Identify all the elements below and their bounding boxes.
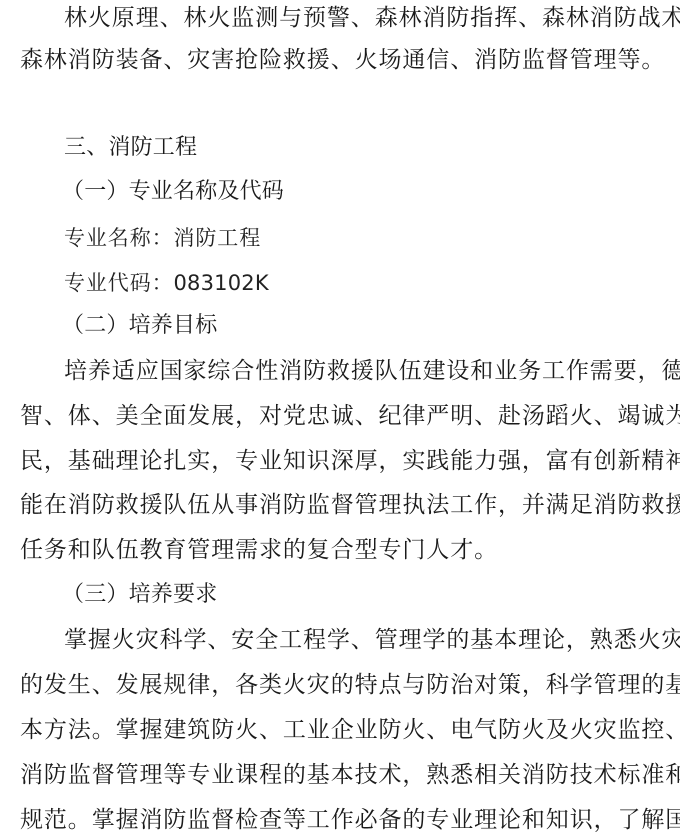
paragraph-line: 任务和队伍教育管理需求的复合型专门人才。: [20, 535, 498, 565]
major-code-label: 专业代码：: [64, 271, 174, 295]
paragraph-line: 培养适应国家综合性消防救援队伍建设和业务工作需要，德、: [64, 356, 680, 386]
paragraph-line: 的发生、发展规律，各类火灾的特点与防治对策，科学管理的基: [20, 670, 680, 700]
major-name-label: 专业名称：: [64, 226, 174, 250]
paragraph-line: 智、体、美全面发展，对党忠诚、纪律严明、赴汤蹈火、竭诚为: [20, 401, 680, 431]
major-name-row: 专业名称：消防工程: [64, 223, 261, 253]
subsection-heading: （一）专业名称及代码: [62, 177, 284, 207]
paragraph-line: 掌握火灾科学、安全工程学、管理学的基本理论，熟悉火灾: [64, 625, 680, 655]
major-code-row: 专业代码：083102K: [64, 268, 269, 298]
major-name-value: 消防工程: [174, 226, 262, 250]
paragraph-line: 本方法。掌握建筑防火、工业企业防火、电气防火及火灾监控、: [20, 715, 680, 745]
paragraph-line: 规范。掌握消防监督检查等工作必备的专业理论和知识，了解国: [20, 805, 680, 835]
major-code-value: 083102K: [174, 271, 269, 295]
paragraph-line: 消防监督管理等专业课程的基本技术，熟悉相关消防技术标准和: [20, 760, 680, 790]
paragraph-line: 能在消防救援队伍从事消防监督管理执法工作，并满足消防救援: [20, 490, 680, 520]
paragraph-line: 林火原理、林火监测与预警、森林消防指挥、森林消防战术、: [64, 3, 680, 33]
section-title: 三、消防工程: [64, 133, 197, 163]
paragraph-line: 民，基础理论扎实，专业知识深厚，实践能力强，富有创新精神，: [20, 446, 680, 476]
subsection-heading: （二）培养目标: [62, 311, 217, 341]
subsection-heading: （三）培养要求: [62, 580, 217, 610]
paragraph-line: 森林消防装备、灾害抢险救援、火场通信、消防监督管理等。: [20, 45, 665, 75]
